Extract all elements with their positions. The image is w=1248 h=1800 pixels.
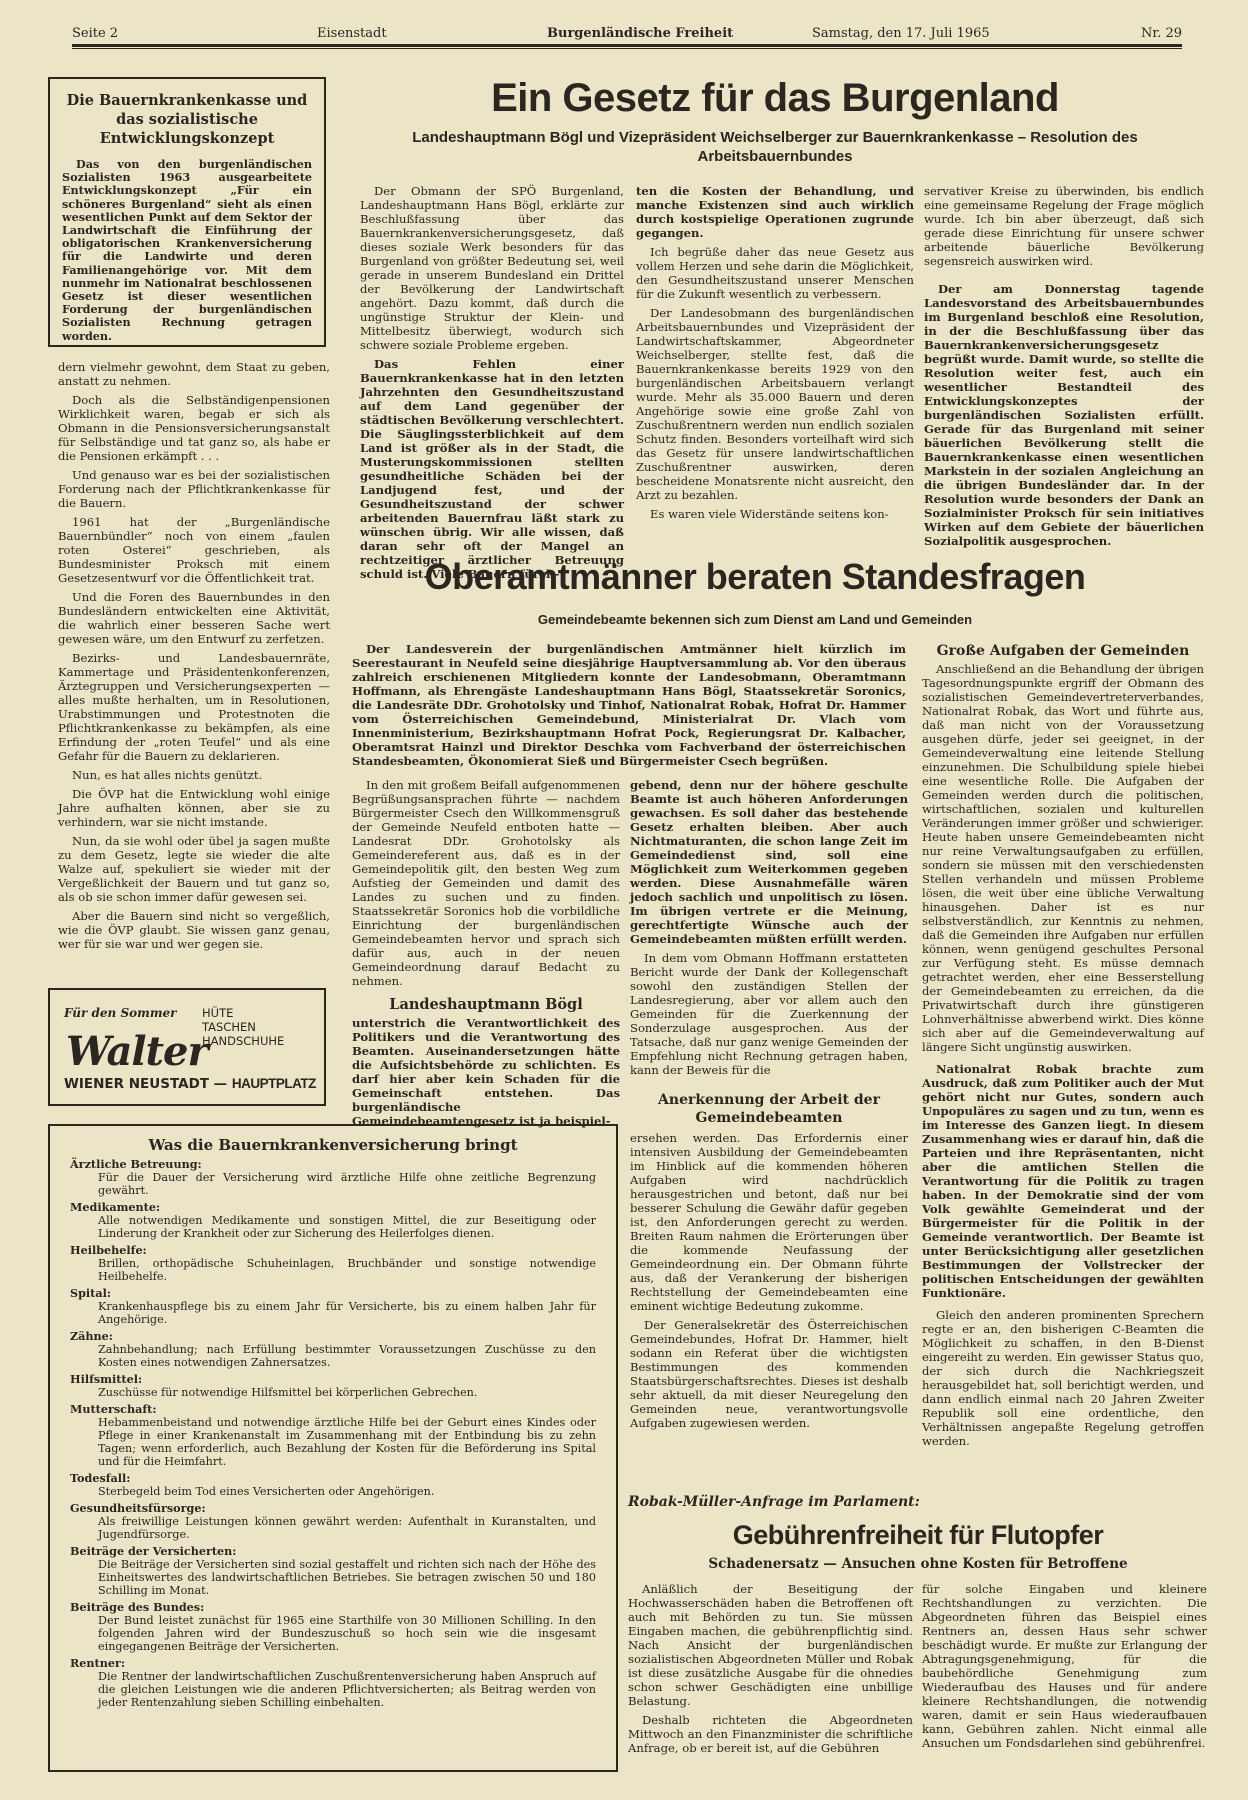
paragraph: Die ÖVP hat die Entwicklung wohl einige … [58, 787, 330, 829]
infobox-term: Heilbehelfe: [70, 1244, 596, 1257]
paragraph: Doch als die Selbständigenpensionen Wirk… [58, 393, 330, 463]
infobox-desc: Der Bund leistet zunächst für 1965 eine … [98, 1614, 596, 1653]
masthead-rule [72, 44, 1182, 47]
paragraph: Nun, da sie wohl oder übel ja sagen mußt… [58, 834, 330, 904]
left-column-text: dern vielmehr gewohnt, dem Staat zu gebe… [58, 360, 330, 956]
paragraph-bold: ten die Kosten der Behandlung, und manch… [636, 184, 914, 240]
ad-tagline: Für den Sommer [64, 1006, 176, 1020]
infobox: Was die Bauernkrankenversicherung bringt… [48, 1124, 618, 1772]
paragraph: Bezirks- und Landesbauernräte, Kammertag… [58, 651, 330, 763]
article2-section-subhead: Anerkennung der Arbeit der Gemeindebeamt… [650, 1091, 888, 1127]
paragraph-bold: Das Fehlen einer Bauernkrankenkasse hat … [360, 357, 624, 581]
infobox-desc: Zahnbehandlung; nach Erfüllung bestimmte… [98, 1343, 596, 1369]
infobox-term: Rentner: [70, 1657, 596, 1670]
sidebox-title: Die Bauernkrankenkasse und das sozialist… [62, 91, 312, 148]
paragraph: ersehen werden. Das Erfordernis einer in… [630, 1131, 908, 1313]
paragraph: Aber die Bauern sind nicht so vergeßlich… [58, 909, 330, 951]
paragraph: 1961 hat der „Burgenländische Bauernbünd… [58, 515, 330, 585]
page-number: Seite 2 [72, 26, 118, 41]
infobox-desc: Für die Dauer der Versicherung wird ärzt… [98, 1171, 596, 1197]
paragraph: Der Landesobmann des burgenländischen Ar… [636, 306, 914, 502]
infobox-term: Ärztliche Betreuung: [70, 1158, 596, 1171]
paragraph: In den mit großem Beifall aufgenommenen … [352, 778, 620, 988]
ad-address-city: WIENER NEUSTADT — [64, 1076, 227, 1092]
infobox-desc: Die Beiträge der Versicherten sind sozia… [98, 1558, 596, 1597]
article2-col3: Große Aufgaben der Gemeinden Anschließen… [922, 644, 1204, 1453]
paragraph: servativer Kreise zu überwinden, bis end… [924, 184, 1204, 268]
article3-subheadline: Schadenersatz — Ansuchen ohne Kosten für… [628, 1556, 1208, 1572]
advertisement: Für den Sommer HÜTE TASCHEN HANDSCHUHE W… [48, 988, 326, 1106]
issue-date: Samstag, den 17. Juli 1965 [812, 26, 990, 41]
article1-col2: ten die Kosten der Behandlung, und manch… [636, 184, 914, 526]
infobox-term: Beiträge des Bundes: [70, 1601, 596, 1614]
paragraph: Anschließend an die Behandlung der übrig… [922, 662, 1204, 1054]
paragraph: Der Obmann der SPÖ Burgenland, Landeshau… [360, 184, 624, 352]
ad-item: HÜTE [202, 1006, 284, 1020]
infobox-term: Zähne: [70, 1330, 596, 1343]
infobox-desc: Zuschüsse für notwendige Hilfsmittel bei… [98, 1386, 596, 1399]
ad-address: WIENER NEUSTADT — HAUPTPLATZ [64, 1076, 316, 1092]
paragraph-bold: unterstrich die Verantwortlichkeit des P… [352, 1016, 620, 1128]
infobox-term: Gesundheitsfürsorge: [70, 1502, 596, 1515]
paragraph-bold: Der am Donnerstag tagende Landesvorstand… [924, 282, 1204, 548]
paragraph-bold: gebend, denn nur der höhere geschulte Be… [630, 778, 908, 946]
newspaper-page: Seite 2 Eisenstadt Burgenländische Freih… [0, 0, 1248, 1800]
infobox-desc: Die Rentner der landwirtschaftlichen Zus… [98, 1670, 596, 1709]
infobox-term: Hilfsmittel: [70, 1373, 596, 1386]
paragraph: Anläßlich der Beseitigung der Hochwasser… [628, 1582, 913, 1708]
masthead-rule-thin [72, 48, 1182, 49]
city: Eisenstadt [317, 26, 387, 41]
infobox-desc: Brillen, orthopädische Schuheinlagen, Br… [98, 1257, 596, 1283]
article1-subheadline: Landeshauptmann Bögl und Vizepräsident W… [345, 128, 1205, 166]
paragraph: Nun, es hat alles nichts genützt. [58, 768, 330, 782]
article2-lead: Der Landesverein der burgenländischen Am… [352, 642, 906, 773]
infobox-term: Beiträge der Versicherten: [70, 1545, 596, 1558]
infobox-desc: Sterbegeld beim Tod eines Versicherten o… [98, 1485, 596, 1498]
article2-inline-subhead: Landeshauptmann Bögl [352, 998, 620, 1012]
paragraph: Es waren viele Widerstände seitens kon- [636, 507, 914, 521]
infobox-desc: Als freiwillige Leistungen können gewähr… [98, 1515, 596, 1541]
article2-headline: Oberamtmänner beraten Standesfragen [345, 555, 1165, 599]
masthead: Seite 2 Eisenstadt Burgenländische Freih… [72, 22, 1182, 46]
infobox-term: Medikamente: [70, 1201, 596, 1214]
article3-col1: Anläßlich der Beseitigung der Hochwasser… [628, 1582, 913, 1760]
paragraph: Der Generalsekretär des Österreichischen… [630, 1318, 908, 1430]
sidebox-text: Das von den burgenländischen Sozialisten… [62, 158, 312, 343]
article1-headline: Ein Gesetz für das Burgenland [345, 74, 1205, 122]
article3-kicker: Robak-Müller-Anfrage im Parlament: [628, 1494, 920, 1510]
ad-address-place: HAUPTPLATZ [232, 1076, 316, 1091]
infobox-desc: Krankenhauspflege bis zu einem Jahr für … [98, 1300, 596, 1326]
article3-col2: für solche Eingaben und kleinere Rechtsh… [922, 1582, 1207, 1755]
paragraph: Deshalb richteten die Abgeordneten Mittw… [628, 1713, 913, 1755]
paragraph: für solche Eingaben und kleinere Rechtsh… [922, 1582, 1207, 1750]
article2-col3-subhead: Große Aufgaben der Gemeinden [922, 644, 1204, 658]
article3-headline: Gebührenfreiheit für Flutopfer [628, 1518, 1208, 1552]
article2-subheadline: Gemeindebeamte bekennen sich zum Dienst … [345, 612, 1165, 627]
paragraph-lead: Der Landesverein der burgenländischen Am… [352, 642, 906, 768]
article1-col1: Der Obmann der SPÖ Burgenland, Landeshau… [360, 184, 624, 586]
issue-number: Nr. 29 [1141, 26, 1182, 41]
paragraph: dern vielmehr gewohnt, dem Staat zu gebe… [58, 360, 330, 388]
paragraph: In dem vom Obmann Hoffmann erstatteten B… [630, 951, 908, 1077]
ad-item: HANDSCHUHE [202, 1034, 284, 1048]
paragraph: Und die Foren des Bauernbundes in den Bu… [58, 590, 330, 646]
infobox-list: Ärztliche Betreuung: Für die Dauer der V… [70, 1158, 596, 1709]
infobox-desc: Alle notwendigen Medikamente und sonstig… [98, 1214, 596, 1240]
ad-item: TASCHEN [202, 1020, 284, 1034]
paragraph-bold: Nationalrat Robak brachte zum Ausdruck, … [922, 1062, 1204, 1300]
article2-col2: gebend, denn nur der höhere geschulte Be… [630, 778, 908, 1435]
sidebox: Die Bauernkrankenkasse und das sozialist… [48, 77, 326, 347]
infobox-term: Spital: [70, 1287, 596, 1300]
article1-col3: servativer Kreise zu überwinden, bis end… [924, 184, 1204, 553]
infobox-desc: Hebammenbeistand und notwendige ärztlich… [98, 1416, 596, 1468]
infobox-term: Mutterschaft: [70, 1403, 596, 1416]
paragraph: Ich begrüße daher das neue Gesetz aus vo… [636, 245, 914, 301]
paragraph: Und genauso war es bei der sozialistisch… [58, 468, 330, 510]
article2-col1: In den mit großem Beifall aufgenommenen … [352, 778, 620, 1133]
paragraph: Gleich den anderen prominenten Sprechern… [922, 1308, 1204, 1448]
infobox-title: Was die Bauernkrankenversicherung bringt [70, 1136, 596, 1154]
infobox-term: Todesfall: [70, 1472, 596, 1485]
ad-product-list: HÜTE TASCHEN HANDSCHUHE [202, 1006, 284, 1048]
ad-brand-logo: Walter [66, 1028, 208, 1075]
paper-name: Burgenländische Freiheit [547, 26, 733, 41]
